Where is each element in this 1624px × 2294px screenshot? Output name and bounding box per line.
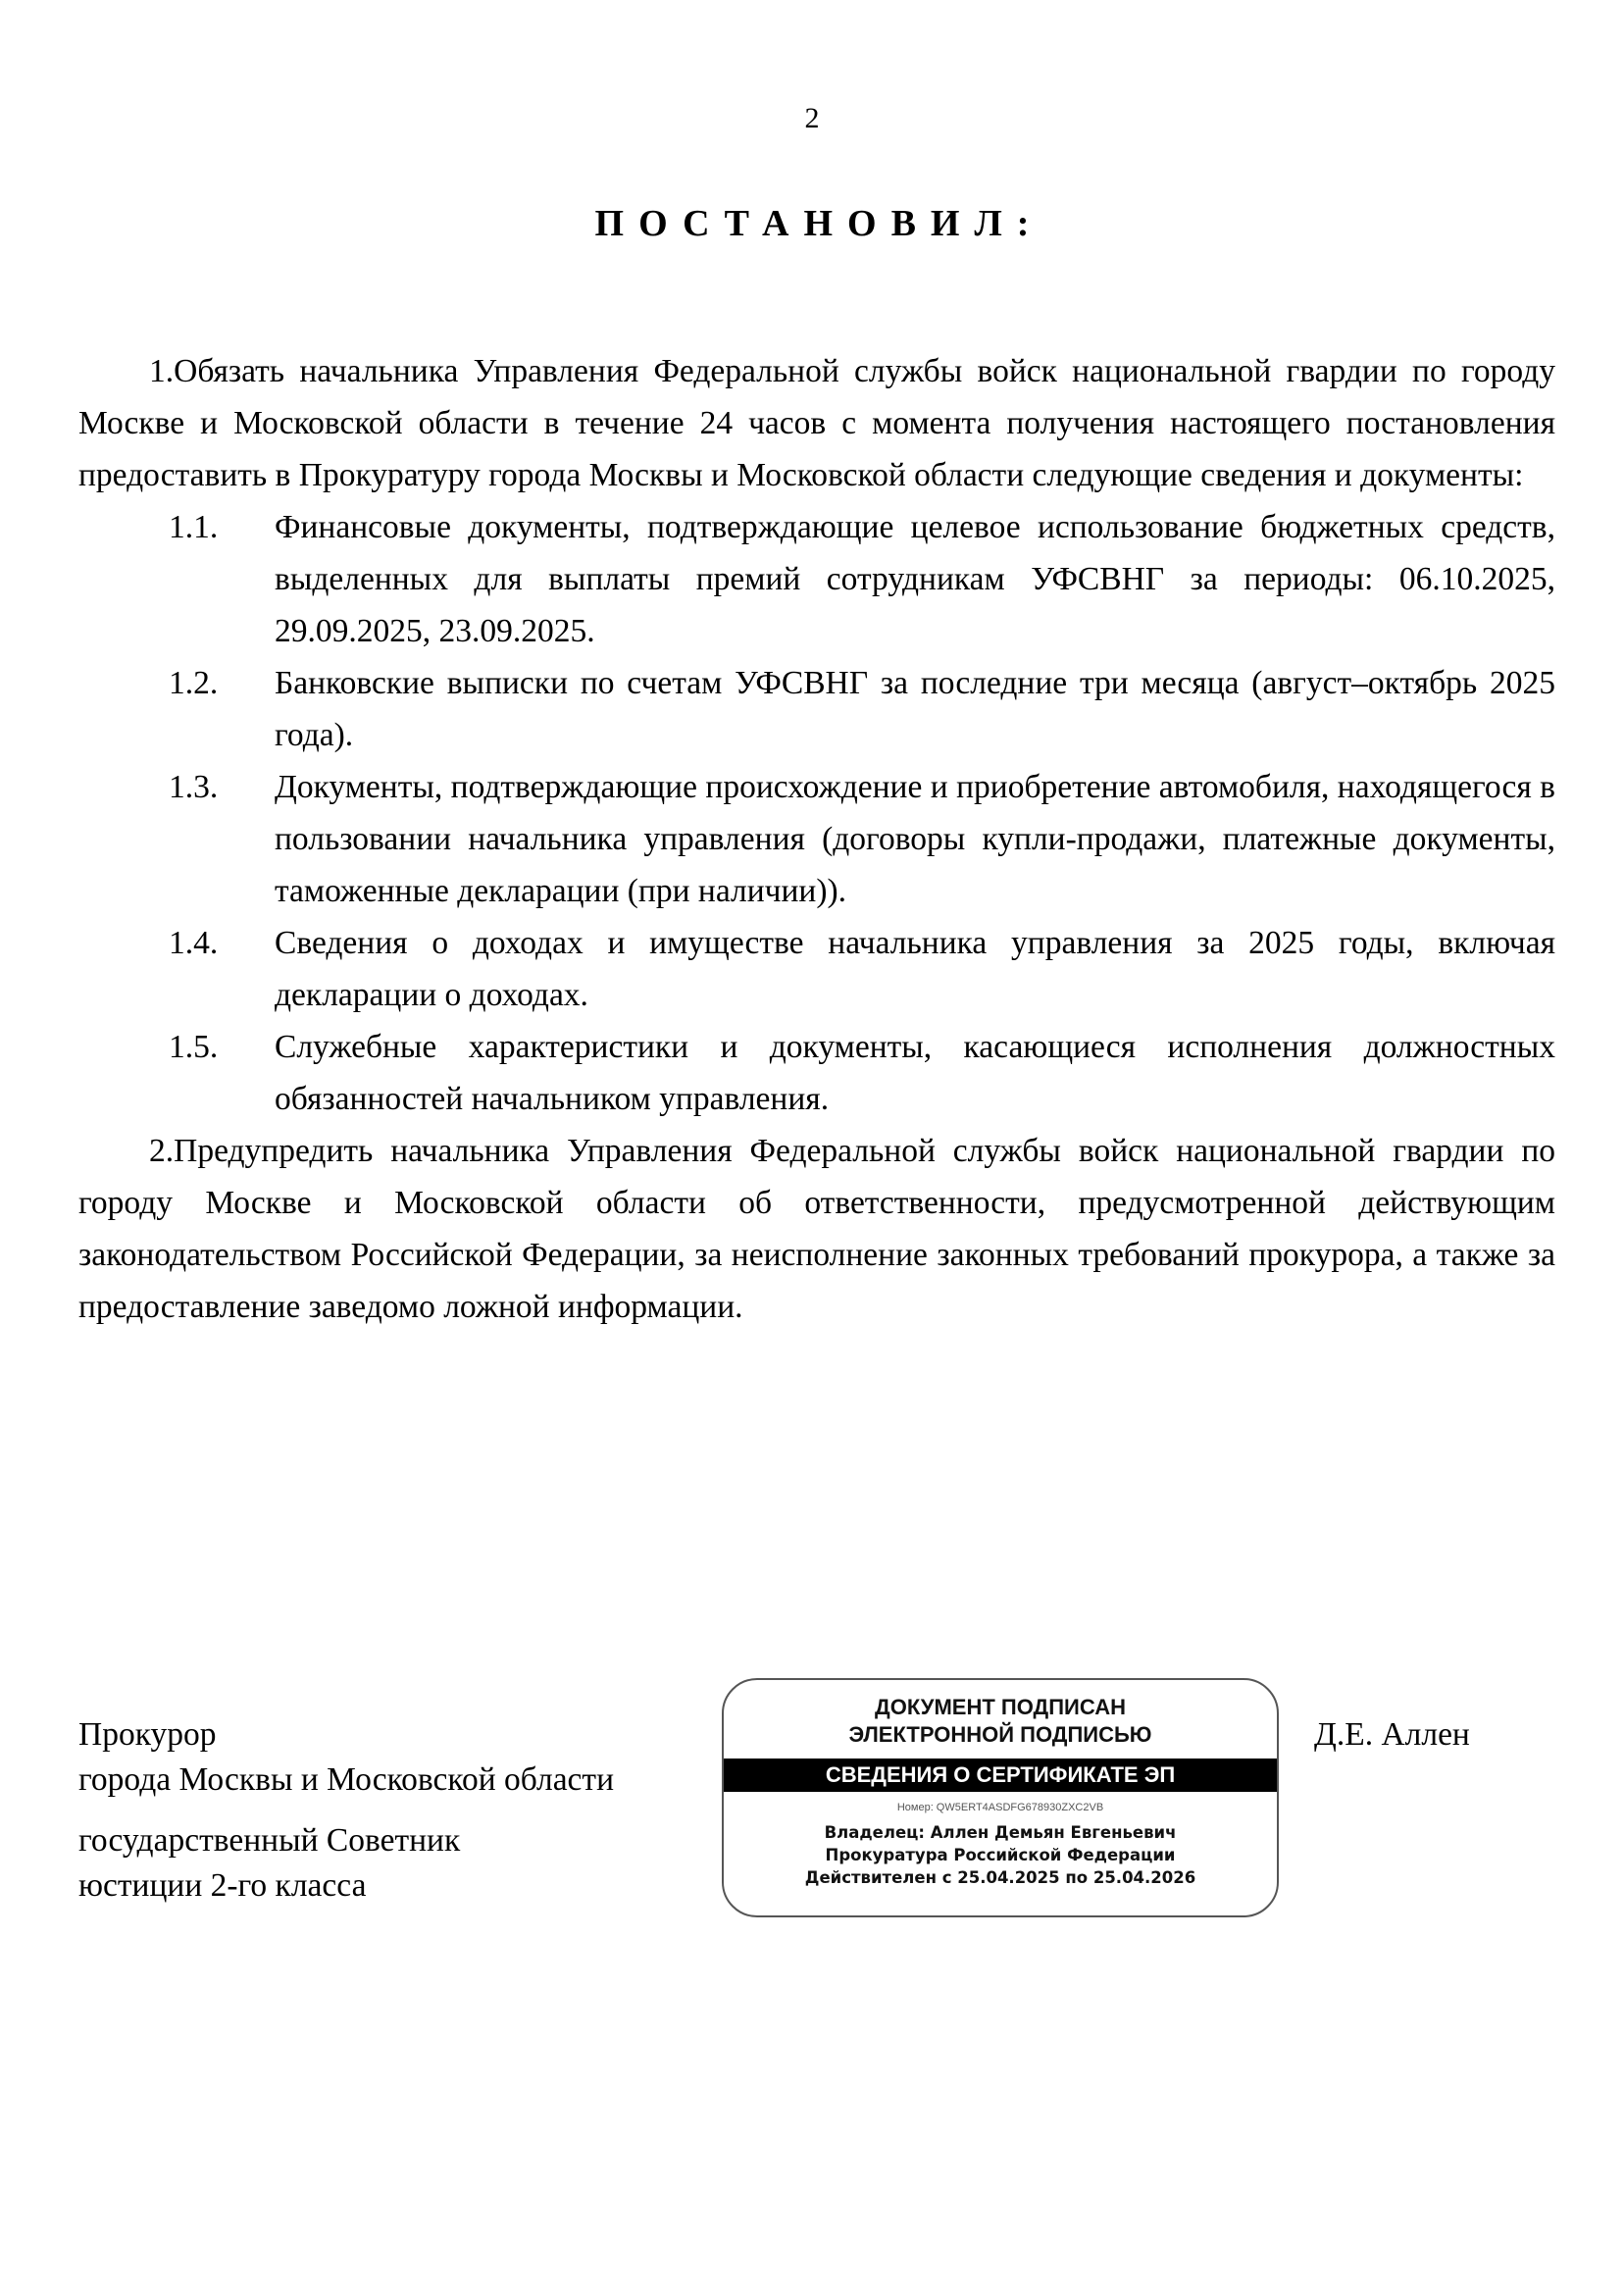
signatory-rank-line-2: юстиции 2-го класса xyxy=(78,1863,614,1909)
stamp-heading-line-1: ДОКУМЕНТ ПОДПИСАН xyxy=(724,1694,1277,1721)
signatory-block: Прокурор города Москвы и Московской обла… xyxy=(78,1712,614,1909)
list-item-number: 1.3. xyxy=(169,761,275,917)
list-item-text: Документы, подтверждающие происхождение … xyxy=(275,761,1555,917)
paragraph-1: 1.Обязать начальника Управления Федераль… xyxy=(78,345,1555,501)
list-item-text: Финансовые документы, подтверждающие цел… xyxy=(275,501,1555,657)
stamp-heading: ДОКУМЕНТ ПОДПИСАН ЭЛЕКТРОННОЙ ПОДПИСЬЮ xyxy=(724,1680,1277,1749)
list-item: 1.3. Документы, подтверждающие происхожд… xyxy=(78,761,1555,917)
list-item: 1.4. Сведения о доходах и имуществе нача… xyxy=(78,917,1555,1021)
list-item-number: 1.1. xyxy=(169,501,275,657)
list-item: 1.1. Финансовые документы, подтверждающи… xyxy=(78,501,1555,657)
paragraph-2: 2.Предупредить начальника Управления Фед… xyxy=(78,1125,1555,1333)
list-item: 1.2. Банковские выписки по счетам УФСВНГ… xyxy=(78,657,1555,761)
list-item-number: 1.5. xyxy=(169,1021,275,1125)
stamp-certificate-banner: СВЕДЕНИЯ О СЕРТИФИКАТЕ ЭП xyxy=(724,1759,1277,1792)
signatory-rank-line-1: государственный Советник xyxy=(78,1818,614,1863)
requested-documents-list: 1.1. Финансовые документы, подтверждающи… xyxy=(78,501,1555,1125)
list-item: 1.5. Служебные характеристики и документ… xyxy=(78,1021,1555,1125)
document-title: ПОСТАНОВИЛ: xyxy=(0,202,1624,245)
list-item-number: 1.4. xyxy=(169,917,275,1021)
page-number: 2 xyxy=(0,102,1624,135)
stamp-heading-line-2: ЭЛЕКТРОННОЙ ПОДПИСЬЮ xyxy=(724,1721,1277,1749)
signer-name: Д.Е. Аллен xyxy=(1314,1712,1470,1758)
list-item-text: Служебные характеристики и документы, ка… xyxy=(275,1021,1555,1125)
stamp-certificate-number: Номер: QW5ERT4ASDFG678930ZXC2VB xyxy=(724,1800,1277,1815)
list-item-text: Сведения о доходах и имуществе начальник… xyxy=(275,917,1555,1021)
spacer xyxy=(78,1803,614,1818)
signatory-position-line-2: города Москвы и Московской области xyxy=(78,1758,614,1803)
signatory-position-line-1: Прокурор xyxy=(78,1712,614,1758)
stamp-validity: Действителен с 25.04.2025 по 25.04.2026 xyxy=(724,1866,1277,1889)
stamp-certificate-info: Владелец: Аллен Демьян Евгеньевич Прокур… xyxy=(724,1821,1277,1889)
list-item-text: Банковские выписки по счетам УФСВНГ за п… xyxy=(275,657,1555,761)
stamp-organization: Прокуратура Российской Федерации xyxy=(724,1844,1277,1866)
list-item-number: 1.2. xyxy=(169,657,275,761)
stamp-owner: Владелец: Аллен Демьян Евгеньевич xyxy=(724,1821,1277,1844)
electronic-signature-stamp: ДОКУМЕНТ ПОДПИСАН ЭЛЕКТРОННОЙ ПОДПИСЬЮ С… xyxy=(722,1678,1279,1917)
document-body: 1.Обязать начальника Управления Федераль… xyxy=(78,345,1555,1333)
